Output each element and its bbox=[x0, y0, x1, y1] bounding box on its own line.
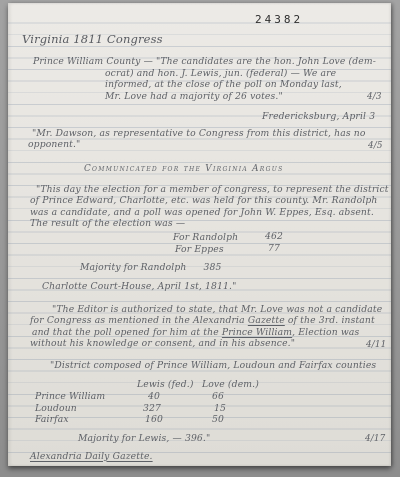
editor-date-reference: 4/11 bbox=[366, 340, 386, 351]
entry1-line3: informed, at the close of the poll on Mo… bbox=[105, 79, 342, 90]
district-date-reference: 4/17 bbox=[365, 434, 385, 445]
entry2-date-reference: 4/5 bbox=[368, 141, 383, 152]
county-name-loudoun: Loudoun bbox=[35, 403, 77, 414]
entry2-line2: opponent." bbox=[28, 139, 80, 150]
vote-value-pw-lewis: 40 bbox=[148, 391, 160, 402]
editor-line3-pre: and that the poll opened for him at the bbox=[32, 327, 222, 338]
tally-value-randolph: 462 bbox=[265, 231, 283, 242]
entry1-line4: Mr. Love had a majority of 26 votes." bbox=[105, 91, 283, 102]
majority-randolph-value: 385 bbox=[204, 262, 222, 273]
majority-randolph-label: Majority for Randolph bbox=[80, 262, 186, 273]
page-title: Virginia 1811 Congress bbox=[22, 34, 163, 45]
editor-line1: "The Editor is authorized to state, that… bbox=[52, 304, 382, 315]
argus-dateline: Charlotte Court-House, April 1st, 1811." bbox=[42, 281, 236, 292]
vote-value-loudoun-lewis: 327 bbox=[143, 403, 161, 414]
county-name-fairfax: Fairfax bbox=[35, 414, 69, 425]
argus-para-line1: "This day the election for a member of c… bbox=[36, 184, 389, 195]
tally-label-randolph: For Randolph bbox=[173, 232, 238, 243]
argus-para-line4: The result of the election was — bbox=[30, 218, 185, 229]
column-header-love: Love (dem.) bbox=[202, 379, 259, 390]
editor-line2: for Congress as mentioned in the Alexand… bbox=[30, 315, 375, 326]
vote-value-fairfax-love: 50 bbox=[212, 414, 224, 425]
district-intro: "District composed of Prince William, Lo… bbox=[50, 360, 376, 371]
county-name-prince-william: Prince William bbox=[35, 391, 105, 402]
source-citation: Alexandria Daily Gazette. bbox=[30, 451, 153, 462]
entry1-line1: Prince William County — "The candidates … bbox=[33, 56, 376, 67]
argus-para-line2: of Prince Edward, Charlotte, etc. was he… bbox=[30, 195, 378, 206]
editor-line2-pre: for Congress as mentioned in the Alexand… bbox=[30, 315, 248, 326]
editor-line3: and that the poll opened for him at the … bbox=[32, 327, 359, 338]
majority-randolph-line: Majority for Randolph 385 bbox=[80, 262, 222, 273]
catalog-number-stamp: 24382 bbox=[255, 13, 303, 26]
editor-line3-post: , Election was bbox=[292, 327, 359, 338]
vote-value-loudoun-love: 15 bbox=[214, 403, 226, 414]
vote-value-fairfax-lewis: 160 bbox=[145, 414, 163, 425]
majority-lewis-line: Majority for Lewis, — 396." bbox=[78, 433, 210, 444]
argus-section-header: Communicated for the Virginia Argus bbox=[84, 164, 284, 175]
entry1-dateline: Fredericksburg, April 3 bbox=[262, 111, 375, 122]
tally-label-eppes: For Eppes bbox=[175, 244, 224, 255]
column-header-lewis: Lewis (fed.) bbox=[137, 379, 194, 390]
argus-para-line3: was a candidate, and a poll was opened f… bbox=[30, 207, 374, 218]
ruled-paper-sheet: 24382 Virginia 1811 Congress Prince Will… bbox=[8, 3, 391, 466]
editor-line2-post: of the 3rd. instant bbox=[285, 315, 375, 326]
editor-line4: without his knowledge or consent, and in… bbox=[30, 338, 295, 349]
vote-value-pw-love: 66 bbox=[212, 391, 224, 402]
entry2-line1: "Mr. Dawson, as representative to Congre… bbox=[32, 128, 366, 139]
entry1-date-reference: 4/3 bbox=[367, 92, 382, 103]
editor-line2-gazette-underlined: Gazette bbox=[248, 315, 285, 326]
scanned-note-page: { "stamp": "24382", "title": "Virginia 1… bbox=[0, 0, 400, 477]
tally-value-eppes: 77 bbox=[268, 243, 280, 254]
editor-line3-prince-william-underlined: Prince William bbox=[222, 327, 292, 338]
entry1-line2: ocrat) and hon. J. Lewis, jun. (federal)… bbox=[105, 68, 336, 79]
